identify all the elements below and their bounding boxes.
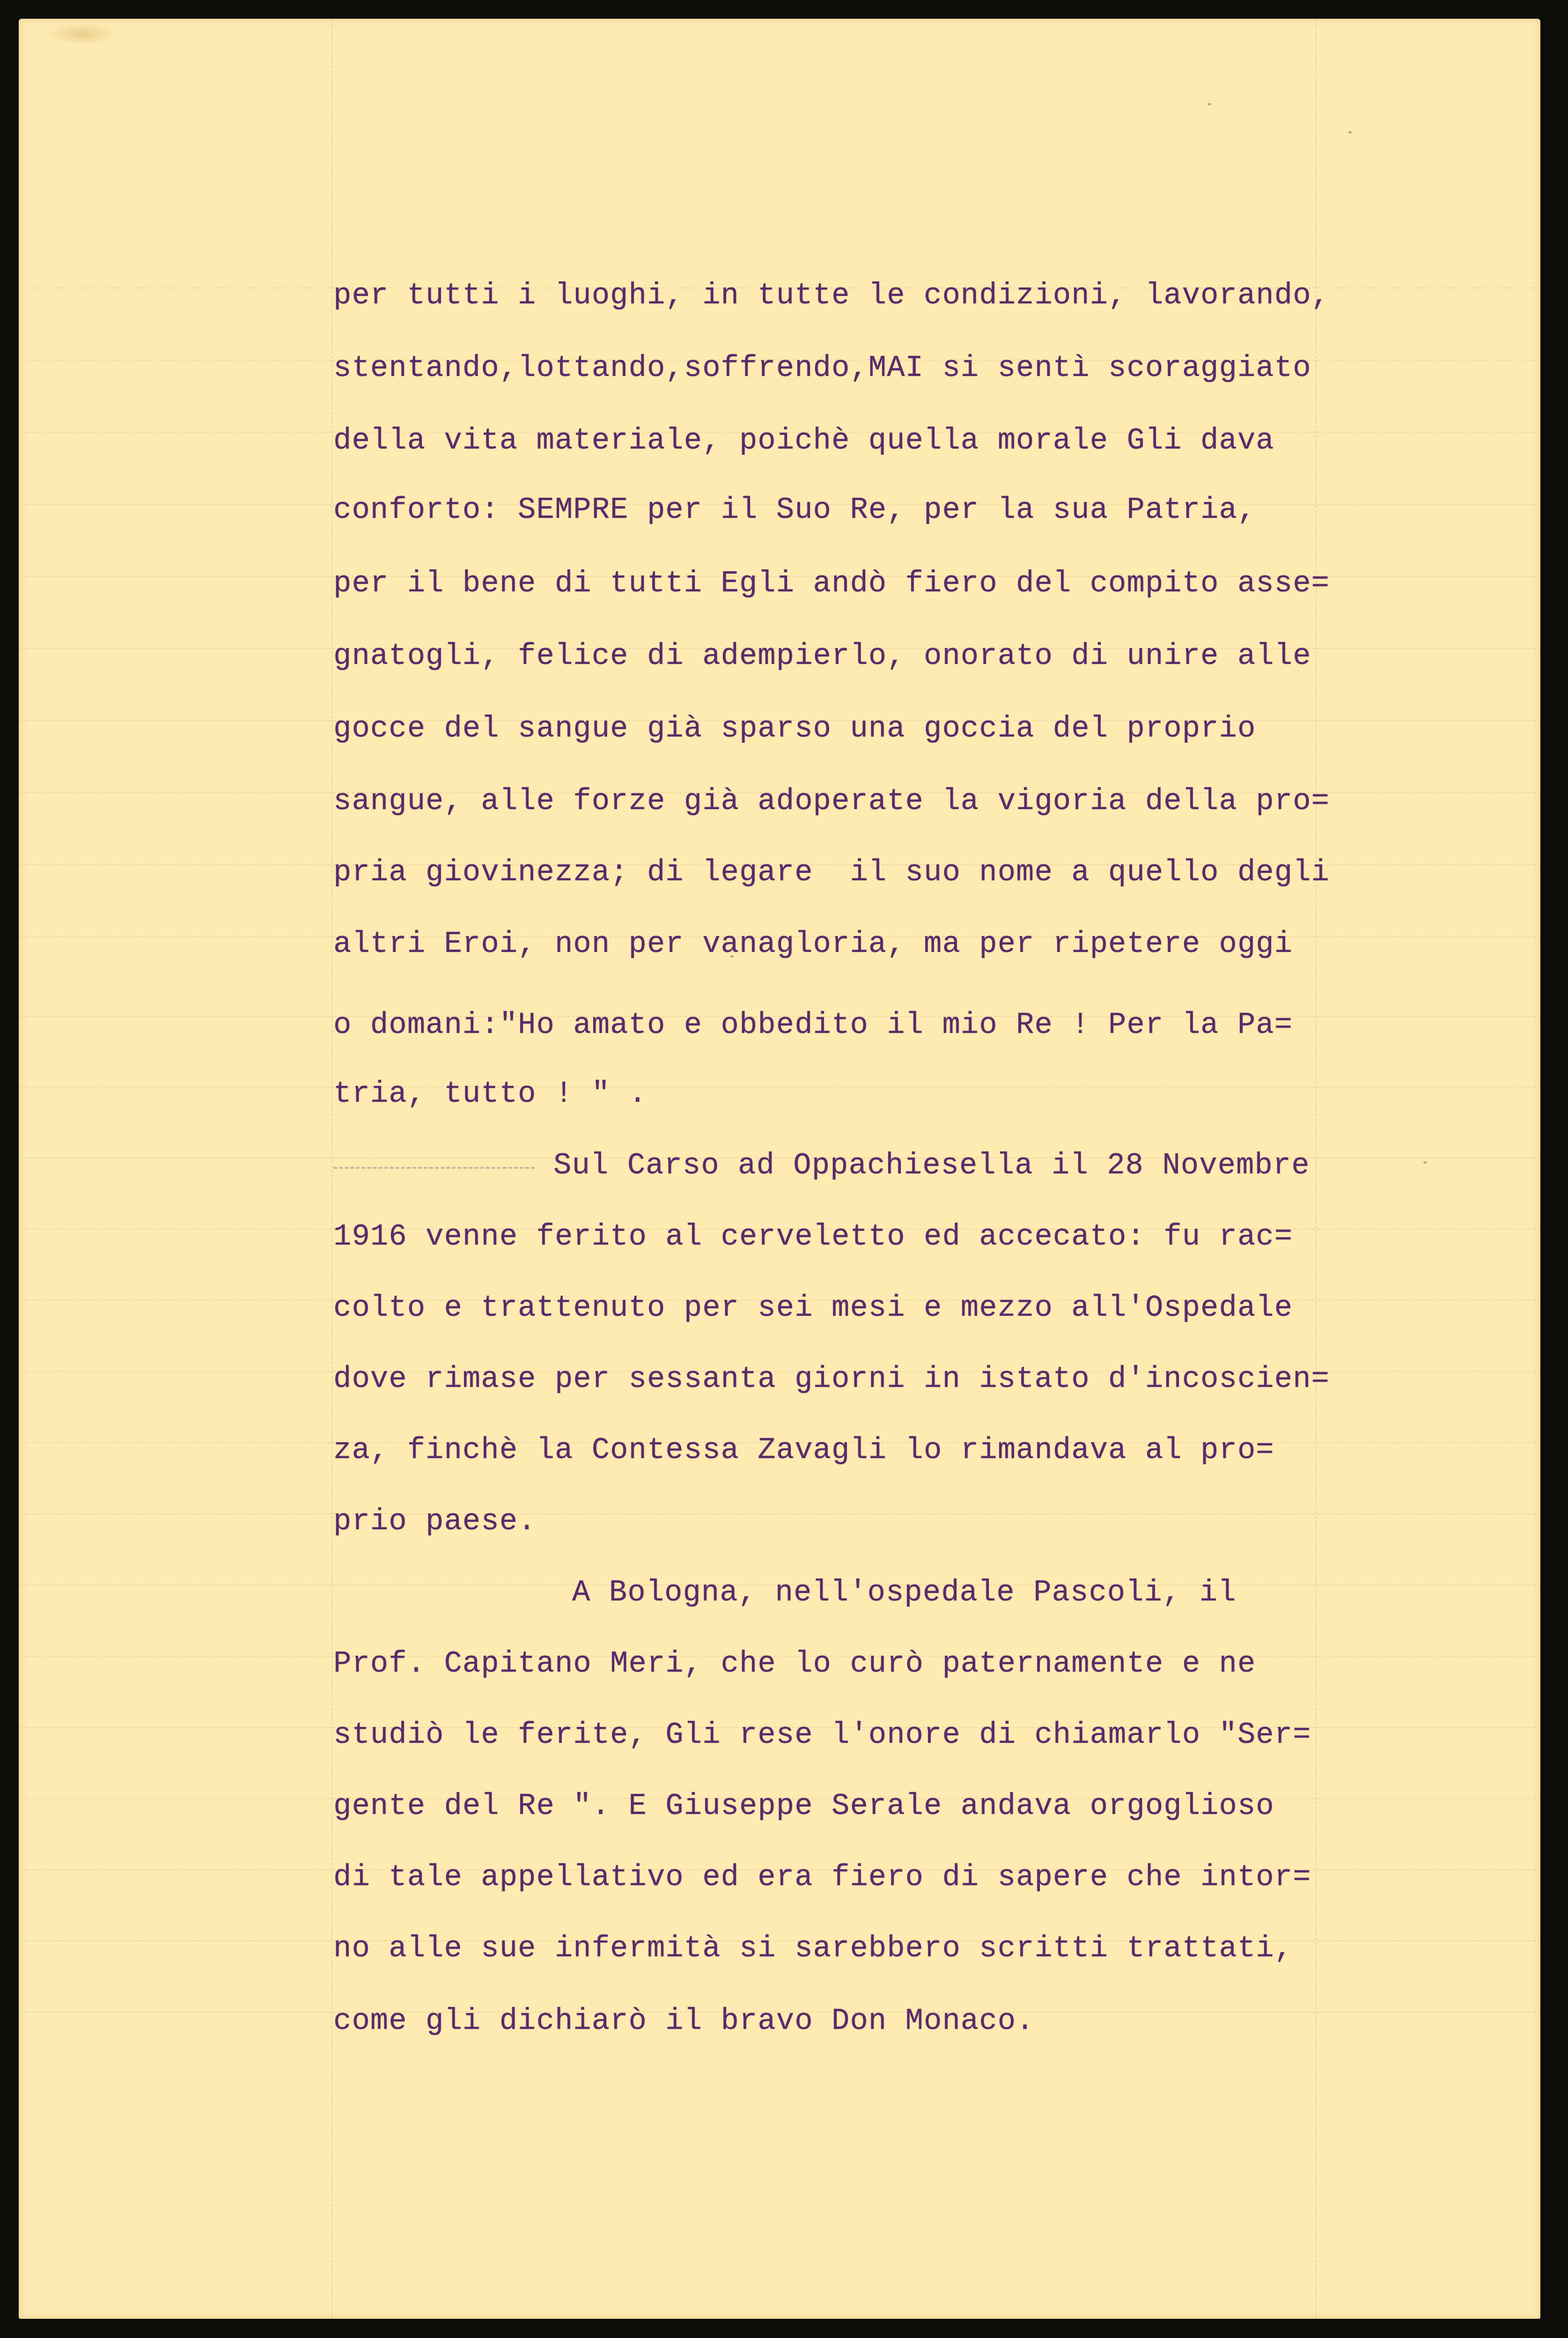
text-line: no alle sue infermità si sarebbero scrit…	[333, 1934, 1293, 1964]
text-line: gente del Re ". E Giuseppe Serale andava…	[333, 1792, 1274, 1822]
text-line: stentando,lottando,soffrendo,MAI si sent…	[333, 354, 1311, 384]
text-line: Prof. Capitano Meri, che lo curò paterna…	[333, 1649, 1256, 1679]
text-line: della vita materiale, poichè quella mora…	[333, 426, 1274, 456]
text-line: 1916 venne ferito al cerveletto ed accec…	[333, 1222, 1293, 1252]
text-line: conforto: SEMPRE per il Suo Re, per la s…	[333, 495, 1256, 525]
paper-sheet: per tutti i luoghi, in tutte le condizio…	[19, 19, 1540, 2319]
guide-line	[19, 1513, 1540, 1514]
text-line: tria, tutto ! " .	[333, 1079, 647, 1109]
text-line: come gli dichiarò il bravo Don Monaco.	[333, 2006, 1034, 2036]
ink-speck	[1348, 131, 1352, 133]
text-line: gocce del sangue già sparso una goccia d…	[333, 714, 1256, 744]
text-line: o domani:"Ho amato e obbedito il mio Re …	[333, 1010, 1293, 1040]
ink-speck	[1423, 1161, 1427, 1164]
text-line: pria giovinezza; di legare il suo nome a…	[333, 858, 1330, 888]
text-line: di tale appellativo ed era fiero di sape…	[333, 1863, 1311, 1893]
text-line: colto e trattenuto per sei mesi e mezzo …	[333, 1293, 1293, 1323]
text-line: studiò le ferite, Gli rese l'onore di ch…	[333, 1720, 1311, 1750]
ink-speck	[1208, 103, 1211, 105]
left-margin-rule	[331, 19, 332, 2319]
text-line: altri Eroi, non per vanagloria, ma per r…	[333, 929, 1293, 959]
text-line: gnatogli, felice di adempierlo, onorato …	[333, 642, 1311, 671]
paper-stain	[47, 23, 117, 44]
text-line: per il bene di tutti Egli andò fiero del…	[333, 569, 1330, 599]
text-line: dove rimase per sessanta giorni in istat…	[333, 1364, 1330, 1394]
text-line: Sul Carso ad Oppachiesella il 28 Novembr…	[553, 1151, 1310, 1181]
guide-line	[19, 1086, 1540, 1087]
text-line: sangue, alle forze già adoperate la vigo…	[333, 787, 1330, 817]
text-line: prio paese.	[333, 1507, 536, 1537]
right-margin-rule	[1316, 19, 1317, 2319]
text-line: za, finchè la Contessa Zavagli lo rimand…	[333, 1436, 1274, 1466]
text-line: A Bologna, nell'ospedale Pascoli, il	[572, 1578, 1237, 1608]
struck-dashes	[333, 1167, 535, 1169]
text-line: per tutti i luoghi, in tutte le condizio…	[333, 281, 1330, 311]
